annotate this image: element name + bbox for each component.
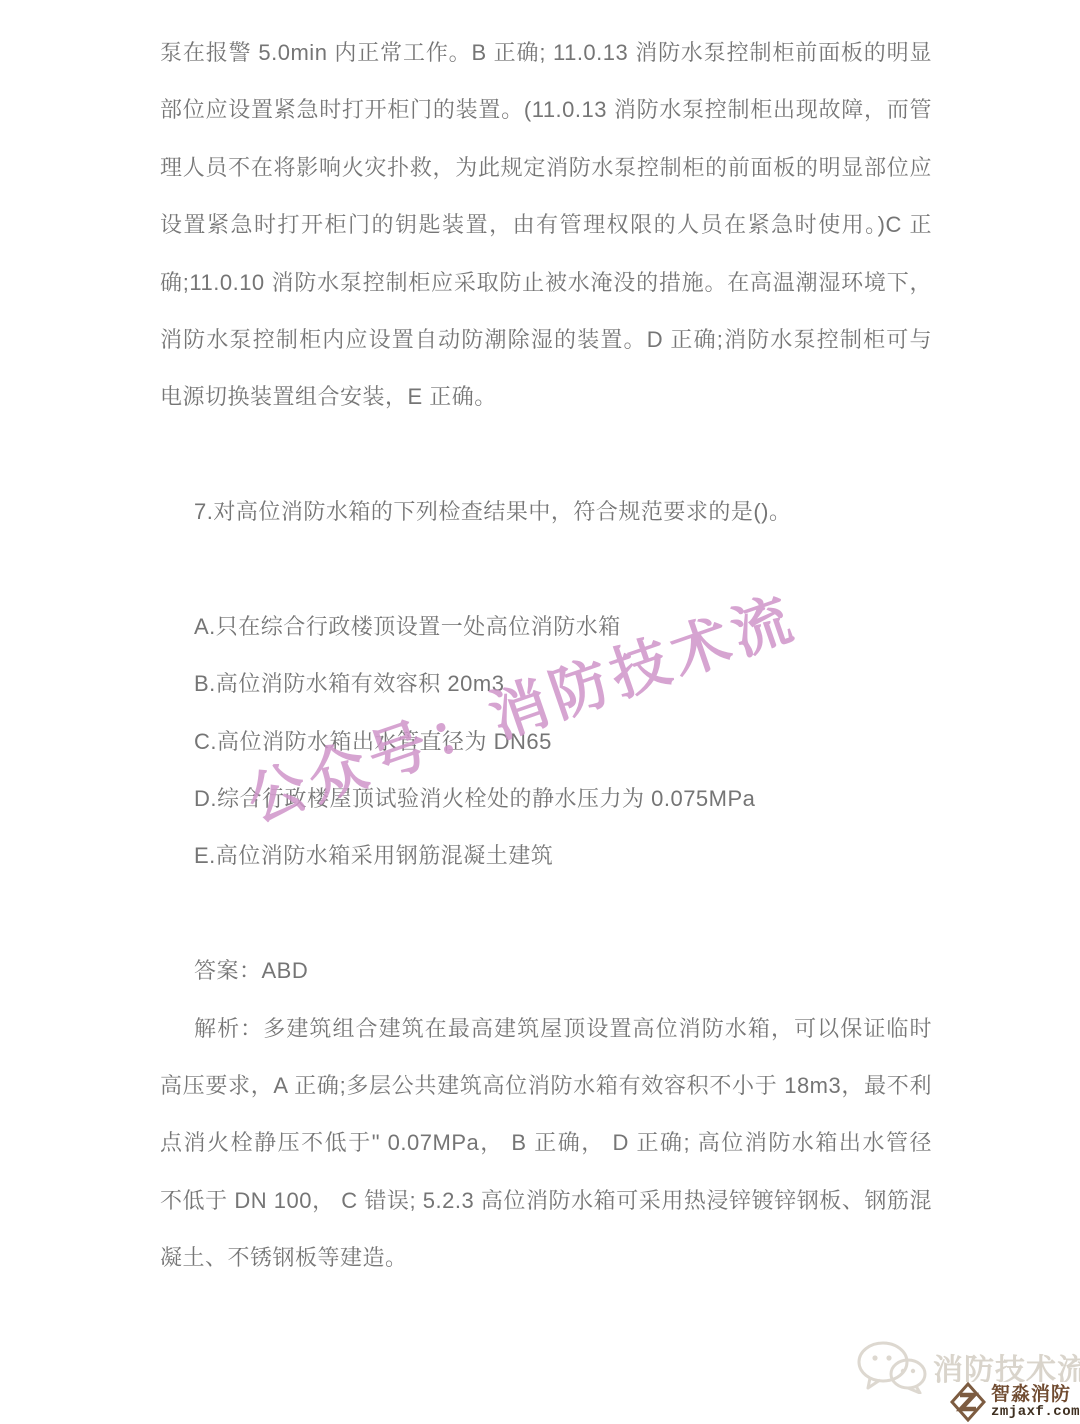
doc-line: 高压要求，A 正确;多层公共建筑高位消防水箱有效容积不小于 18m3，最不利 xyxy=(160,1057,932,1114)
doc-line: 理人员不在将影响火灾扑救，为此规定消防水泵控制柜的前面板的明显部位应 xyxy=(160,139,932,196)
doc-line: A.只在综合行政楼顶设置一处高位消防水箱 xyxy=(160,598,932,655)
doc-line: 消防水泵控制柜内应设置自动防潮除湿的装置。D 正确;消防水泵控制柜可与双 xyxy=(160,311,932,368)
zhimiao-logo-domain: zmjaxf.com xyxy=(991,1405,1080,1420)
doc-line: 部位应设置紧急时打开柜门的装置。(11.0.13 消防水泵控制柜出现故障，而管 xyxy=(160,81,932,138)
wechat-icon xyxy=(856,1340,928,1394)
zhimiao-diamond-icon xyxy=(950,1382,986,1422)
doc-line: 设置紧急时打开柜门的钥匙装置，由有管理权限的人员在紧急时使用。)C 正 xyxy=(160,196,932,253)
document-text: 泵在报警 5.0min 内正常工作。B 正确; 11.0.13 消防水泵控制柜前… xyxy=(160,24,932,1287)
doc-blank-line xyxy=(160,885,932,942)
doc-line: 答案：ABD xyxy=(160,942,932,999)
doc-line: 电源切换装置组合安装，E 正确。 xyxy=(160,368,932,425)
doc-line: 7.对高位消防水箱的下列检查结果中，符合规范要求的是()。 xyxy=(160,483,932,540)
document-page: 泵在报警 5.0min 内正常工作。B 正确; 11.0.13 消防水泵控制柜前… xyxy=(0,0,1080,1424)
zhimiao-logo-name: 智淼消防 xyxy=(991,1385,1080,1405)
doc-line: C.高位消防水箱出水管直径为 DN65 xyxy=(160,713,932,770)
doc-blank-line xyxy=(160,426,932,483)
doc-line: 凝土、不锈钢板等建造。 xyxy=(160,1229,932,1286)
doc-line: B.高位消防水箱有效容积 20m3 xyxy=(160,655,932,712)
doc-line: 确;11.0.10 消防水泵控制柜应采取防止被水淹没的措施。在高温潮湿环境下， xyxy=(160,254,932,311)
doc-line: 不低于 DN 100， C 错误; 5.2.3 高位消防水箱可采用热浸锌镀锌钢板… xyxy=(160,1172,932,1229)
zhimiao-logo: 智淼消防 zmjaxf.com xyxy=(950,1382,1080,1422)
doc-line: 泵在报警 5.0min 内正常工作。B 正确; 11.0.13 消防水泵控制柜前… xyxy=(160,24,932,81)
doc-blank-line xyxy=(160,541,932,598)
doc-line: D.综合行政楼屋顶试验消火栓处的静水压力为 0.075MPa xyxy=(160,770,932,827)
doc-line: E.高位消防水箱采用钢筋混凝土建筑 xyxy=(160,827,932,884)
doc-line: 点消火栓静压不低于" 0.07MPa， B 正确， D 正确; 高位消防水箱出水… xyxy=(160,1114,932,1171)
doc-line: 解析：多建筑组合建筑在最高建筑屋顶设置高位消防水箱，可以保证临时 xyxy=(160,1000,932,1057)
